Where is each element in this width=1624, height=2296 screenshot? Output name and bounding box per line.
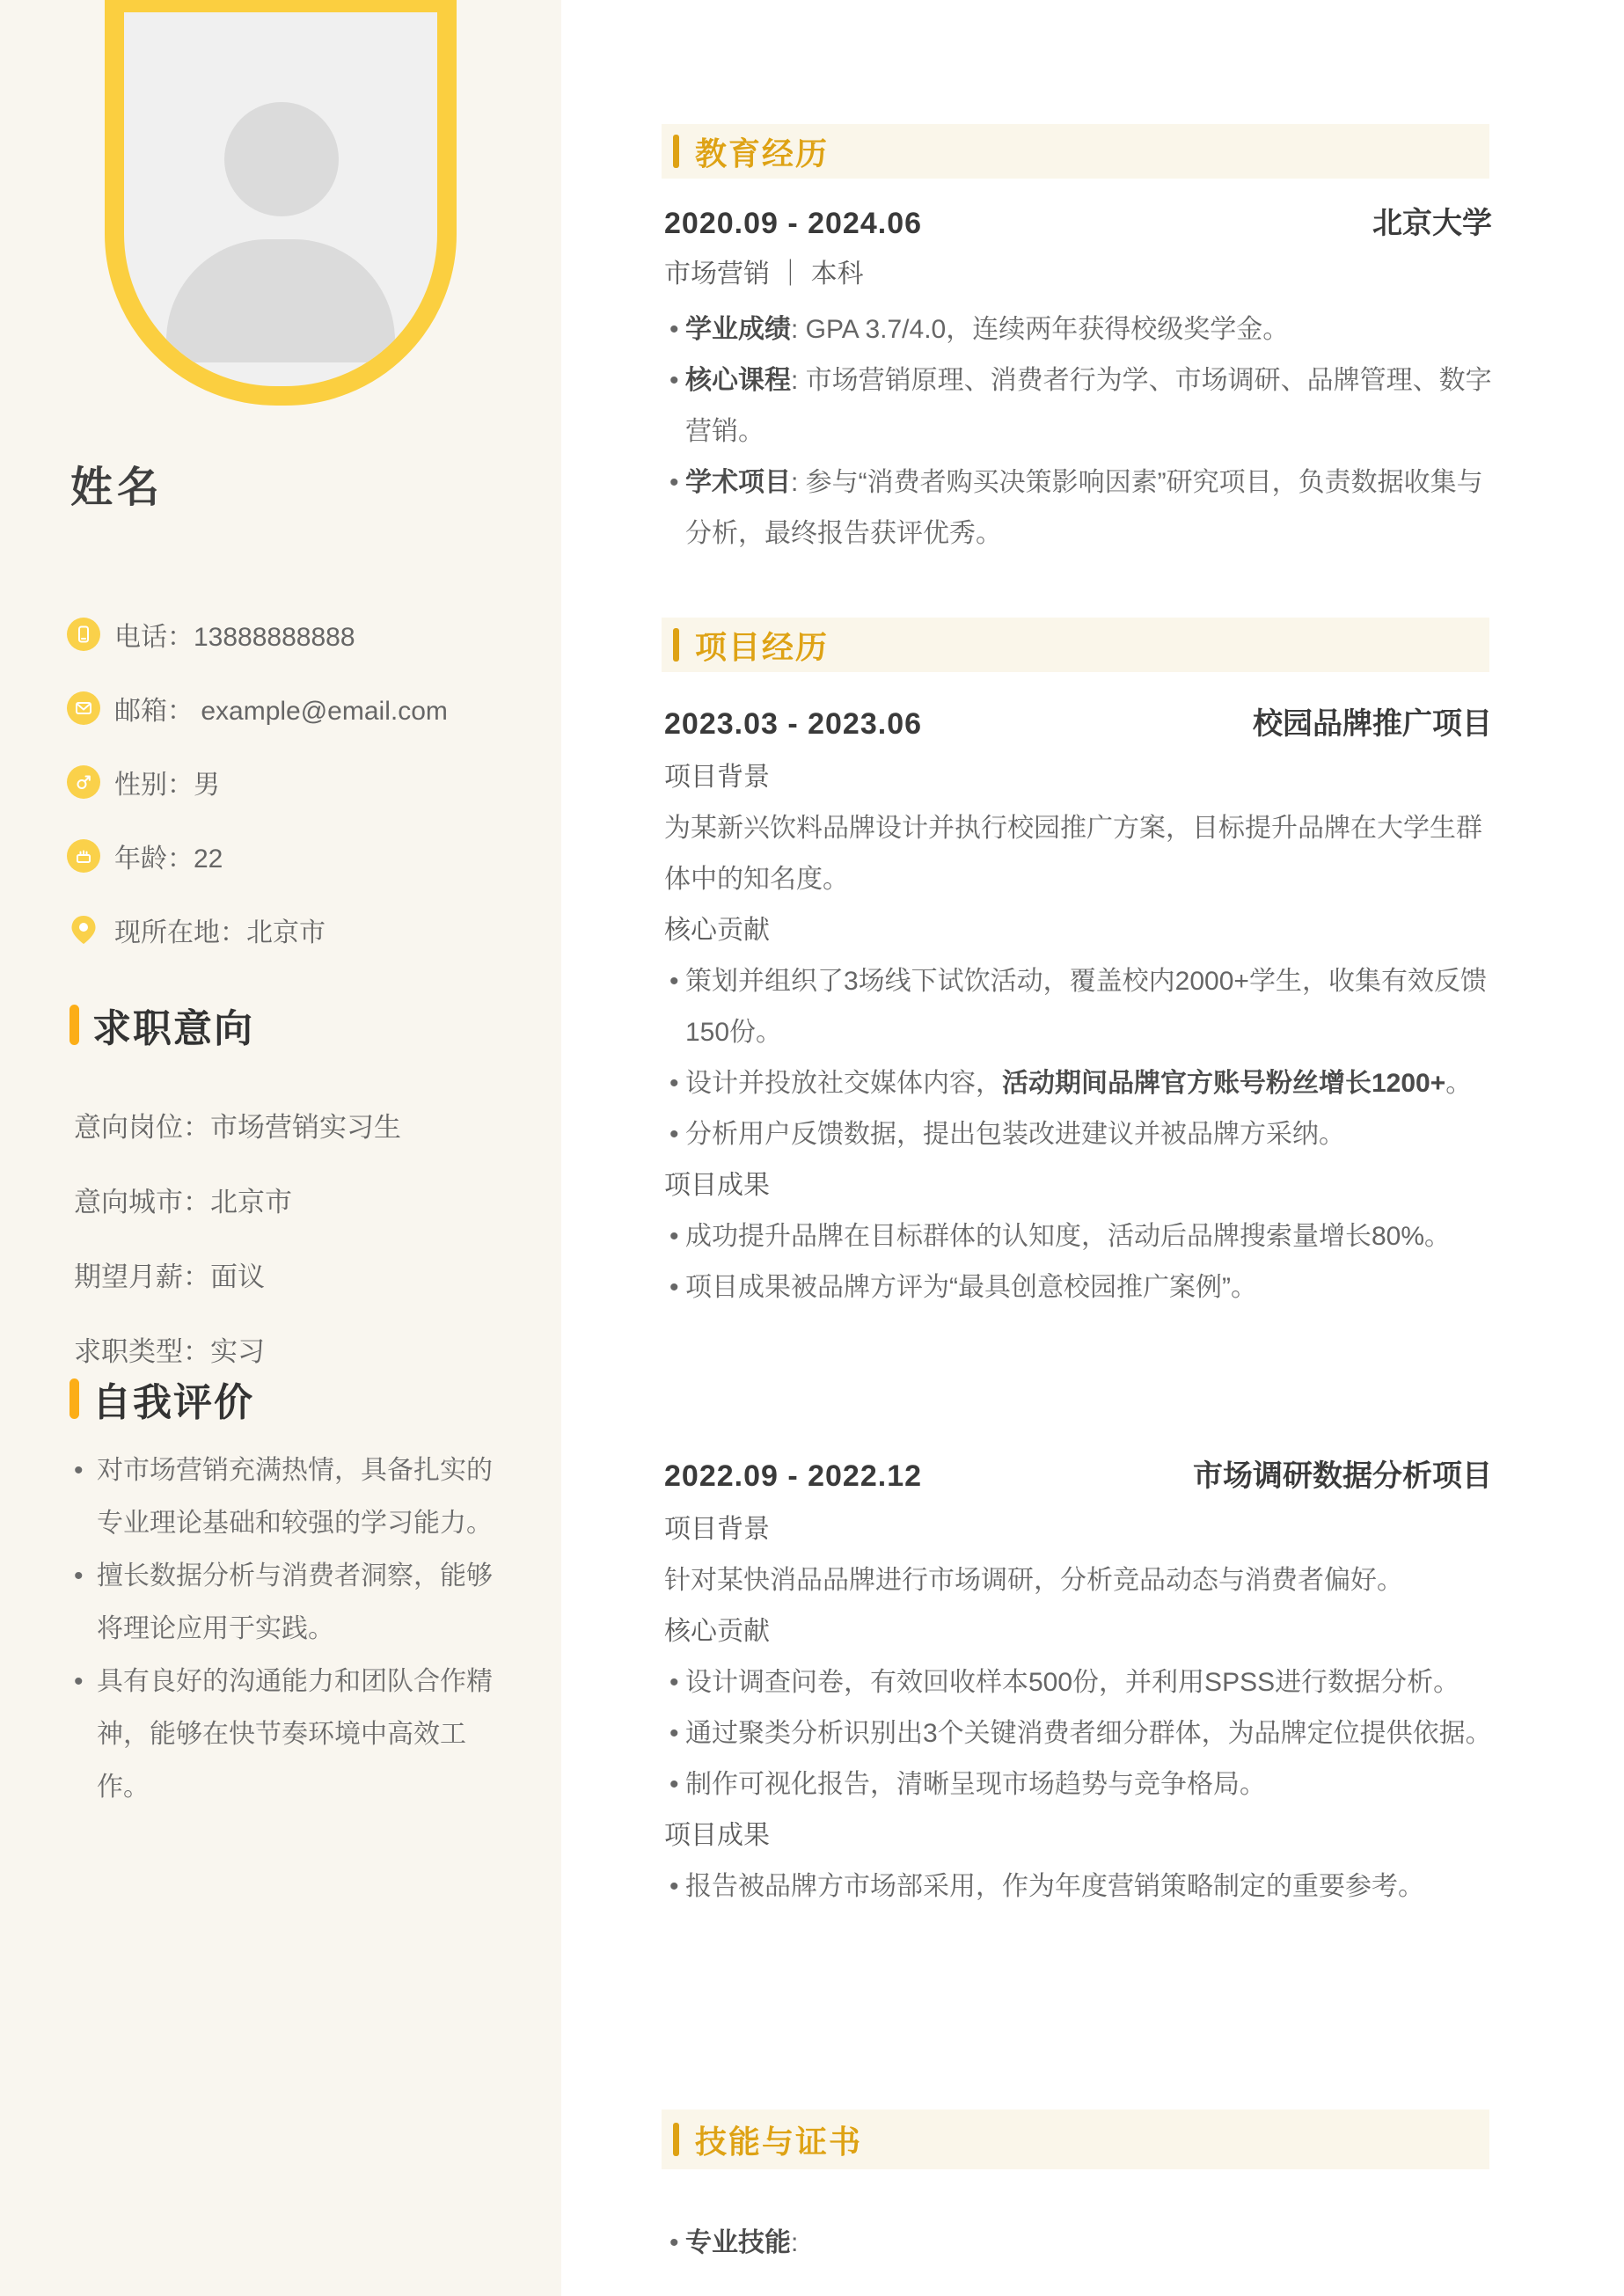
education-title: 教育经历 [695,129,829,174]
job-intent-list: 意向岗位：市场营销实习生意向城市：北京市期望月薪：面议求职类型：实习 [74,1105,401,1404]
bullet-item: •核心课程: 市场营销原理、消费者行为学、市场调研、品牌管理、数字营销。 [664,355,1492,457]
education-entry-head: 2020.09 - 2024.06 北京大学 [664,199,1492,234]
job-intent-item: 求职类型：实习 [74,1329,401,1357]
project-subheading: 项目成果 [664,1810,1492,1861]
education-major-degree: 市场营销 ｜ 本科 [664,252,1492,285]
bullet-bold-text: 学业成绩 [685,315,791,344]
bullet-bold-text: 专业技能 [685,2228,791,2257]
projects-title: 项目经历 [695,623,829,668]
project-entry-head: 2023.03 - 2023.06校园品牌推广项目 [664,699,1492,735]
bullet-item: •制作可视化报告，清晰呈现市场趋势与竞争格局。 [664,1759,1492,1810]
self-eval-bullet: •对市场营销充满热情，具备扎实的专业理论基础和较强的学习能力。 [74,1444,501,1550]
mail-icon [67,691,100,725]
education-section-header: 教育经历 [662,124,1489,179]
self-eval-bullet-text: 具有良好的沟通能力和团队合作精神，能够在快节奏环境中高效工作。 [97,1656,501,1814]
project-paragraph: 针对某快消品品牌进行市场调研，分析竞品动态与消费者偏好。 [664,1555,1492,1606]
bullet-dot: • [664,956,685,1058]
job-intent-item: 意向岗位：市场营销实习生 [74,1105,401,1133]
bullet-text: 项目成果被品牌方评为“最具创意校园推广案例”。 [685,1273,1257,1302]
contact-label: 年龄：22 [114,837,223,875]
self-eval-title: 自我评价 [92,1371,254,1427]
bullet-text: 报告被品牌方市场部采用，作为年度营销策略制定的重要参考。 [685,1872,1424,1901]
job-intent-item: 期望月薪：面议 [74,1254,401,1283]
project-subheading: 项目背景 [664,752,1492,803]
project-body: 项目背景针对某快消品品牌进行市场调研，分析竞品动态与消费者偏好。核心贡献•设计调… [664,1504,1492,1912]
contact-row: 电话：13888888888 [67,618,448,651]
bullet-dot: • [664,457,685,559]
contact-label: 现所在地：北京市 [114,910,326,949]
bullet-text: : [791,2228,798,2257]
self-eval-bullet-text: 对市场营销充满热情，具备扎实的专业理论基础和较强的学习能力。 [97,1444,501,1550]
project-bullet-text: 制作可视化报告，清晰呈现市场趋势与竞争格局。 [685,1759,1492,1810]
section-accent-bar [673,628,679,662]
phone-icon [67,618,100,651]
project-name: 校园品牌推广项目 [1253,699,1492,742]
contact-list: 电话：13888888888邮箱： example@email.com性别：男年… [67,618,448,987]
education-period: 2020.09 - 2024.06 [664,207,922,241]
project-name: 市场调研数据分析项目 [1193,1451,1492,1495]
bullet-dot: • [664,1211,685,1262]
bullet-text: 通过聚类分析识别出3个关键消费者细分群体，为品牌定位提供依据。 [685,1719,1492,1748]
skills-bullet-text: 专业技能: [685,2220,1492,2266]
section-accent-bar [69,1378,79,1419]
project-entry: 2023.03 - 2023.06校园品牌推广项目项目背景为某新兴饮料品牌设计并… [664,699,1492,1313]
bullet-item: •学业成绩: GPA 3.7/4.0，连续两年获得校级奖学金。 [664,304,1492,355]
bullet-text: 。 [1445,1069,1472,1098]
section-accent-bar [673,135,679,168]
contact-row: 邮箱： example@email.com [67,691,448,725]
project-bullet-list: •设计调查问卷，有效回收样本500份，并利用SPSS进行数据分析。•通过聚类分析… [664,1657,1492,1810]
bullet-text: 设计并投放社交媒体内容， [685,1069,1002,1098]
project-bullet-list: •成功提升品牌在目标群体的认知度，活动后品牌搜索量增长80%。•项目成果被品牌方… [664,1211,1492,1313]
bullet-text: : 市场营销原理、消费者行为学、市场调研、品牌管理、数字营销。 [685,366,1492,446]
self-eval-bullet: •擅长数据分析与消费者洞察，能够将理论应用于实践。 [74,1550,501,1656]
contact-row: 现所在地：北京市 [67,913,448,947]
bullet-item: •设计调查问卷，有效回收样本500份，并利用SPSS进行数据分析。 [664,1657,1492,1708]
project-period: 2022.09 - 2022.12 [664,1459,922,1494]
project-subheading: 项目成果 [664,1160,1492,1211]
job-intent-title: 求职意向 [92,997,254,1053]
sidebar: 姓名 电话：13888888888邮箱： example@email.com性别… [0,0,561,2296]
bullet-bold-text: 学术项目 [685,468,791,497]
section-accent-bar [69,1005,79,1045]
skills-entry: •专业技能: [664,2201,1492,2266]
project-entry-head: 2022.09 - 2022.12市场调研数据分析项目 [664,1451,1492,1487]
contact-label: 性别：男 [114,763,220,801]
project-bullet-text: 报告被品牌方市场部采用，作为年度营销策略制定的重要参考。 [685,1861,1492,1912]
project-bullet-text: 成功提升品牌在目标群体的认知度，活动后品牌搜索量增长80%。 [685,1211,1492,1262]
project-subheading: 核心贡献 [664,905,1492,956]
person-silhouette-icon [224,102,339,216]
bullet-dot: • [74,1656,97,1814]
project-bullet-text: 通过聚类分析识别出3个关键消费者细分群体，为品牌定位提供依据。 [685,1708,1492,1759]
age-icon [67,839,100,873]
bullet-dot: • [664,355,685,457]
bullet-dot: • [664,2220,685,2266]
bullet-dot: • [664,1861,685,1912]
bullet-bold-text: 核心课程 [685,366,791,395]
education-bullet-text: 学业成绩: GPA 3.7/4.0，连续两年获得校级奖学金。 [685,304,1492,355]
section-accent-bar [673,2123,679,2156]
bullet-item: •项目成果被品牌方评为“最具创意校园推广案例”。 [664,1262,1492,1313]
project-bullet-text: 分析用户反馈数据，提出包装改进建议并被品牌方采纳。 [685,1109,1492,1160]
project-bullet-list: •报告被品牌方市场部采用，作为年度营销策略制定的重要参考。 [664,1861,1492,1912]
bullet-dot: • [664,1759,685,1810]
education-bullet-text: 学术项目: 参与“消费者购买决策影响因素”研究项目，负责数据收集与分析，最终报告… [685,457,1492,559]
bullet-item: •策划并组织了3场线下试饮活动，覆盖校内2000+学生，收集有效反馈150份。 [664,956,1492,1058]
bullet-item: •成功提升品牌在目标群体的认知度，活动后品牌搜索量增长80%。 [664,1211,1492,1262]
skills-title: 技能与证书 [695,2117,862,2162]
projects-section-header: 项目经历 [662,618,1489,672]
skills-bullet-list: •专业技能: [664,2220,1492,2266]
bullet-text: 制作可视化报告，清晰呈现市场趋势与竞争格局。 [685,1770,1266,1799]
project-period: 2023.03 - 2023.06 [664,707,922,742]
job-intent-section-header: 求职意向 [69,997,254,1053]
bullet-item: •学术项目: 参与“消费者购买决策影响因素”研究项目，负责数据收集与分析，最终报… [664,457,1492,559]
bullet-dot: • [664,1657,685,1708]
education-school: 北京大学 [1372,199,1492,242]
bullet-text: : 参与“消费者购买决策影响因素”研究项目，负责数据收集与分析，最终报告获评优秀… [685,468,1483,548]
bullet-text: 成功提升品牌在目标群体的认知度，活动后品牌搜索量增长80%。 [685,1222,1451,1251]
contact-label: 邮箱： example@email.com [114,689,448,728]
job-intent-item: 意向城市：北京市 [74,1180,401,1208]
project-bullet-list: •策划并组织了3场线下试饮活动，覆盖校内2000+学生，收集有效反馈150份。•… [664,956,1492,1160]
project-subheading: 项目背景 [664,1504,1492,1555]
location-icon [67,913,100,947]
project-body: 项目背景为某新兴饮料品牌设计并执行校园推广方案，目标提升品牌在大学生群体中的知名… [664,752,1492,1313]
contact-row: 年龄：22 [67,839,448,873]
bullet-item: •分析用户反馈数据，提出包装改进建议并被品牌方采纳。 [664,1109,1492,1160]
gender-icon [67,765,100,799]
skills-section-header: 技能与证书 [662,2110,1489,2169]
contact-row: 性别：男 [67,765,448,799]
bullet-dot: • [74,1444,97,1550]
bullet-dot: • [664,1708,685,1759]
bullet-text: : GPA 3.7/4.0，连续两年获得校级奖学金。 [791,315,1289,344]
self-eval-list: •对市场营销充满热情，具备扎实的专业理论基础和较强的学习能力。•擅长数据分析与消… [74,1444,501,1814]
self-eval-section-header: 自我评价 [69,1371,254,1427]
bullet-dot: • [74,1550,97,1656]
bullet-item: •专业技能: [664,2220,1492,2266]
contact-label: 电话：13888888888 [114,615,355,654]
bullet-item: •设计并投放社交媒体内容，活动期间品牌官方账号粉丝增长1200+。 [664,1058,1492,1109]
profile-photo-placeholder [105,0,457,406]
project-entry: 2022.09 - 2022.12市场调研数据分析项目项目背景针对某快消品品牌进… [664,1451,1492,1912]
bullet-dot: • [664,304,685,355]
project-paragraph: 为某新兴饮料品牌设计并执行校园推广方案，目标提升品牌在大学生群体中的知名度。 [664,803,1492,905]
bullet-dot: • [664,1058,685,1109]
project-bullet-text: 策划并组织了3场线下试饮活动，覆盖校内2000+学生，收集有效反馈150份。 [685,956,1492,1058]
bullet-dot: • [664,1262,685,1313]
education-bullet-list: •学业成绩: GPA 3.7/4.0，连续两年获得校级奖学金。•核心课程: 市场… [664,304,1492,559]
resume-main-column: 教育经历 2020.09 - 2024.06 北京大学 市场营销 ｜ 本科 •学… [561,0,1624,2296]
project-bullet-text: 设计并投放社交媒体内容，活动期间品牌官方账号粉丝增长1200+。 [685,1058,1492,1109]
candidate-name: 姓名 [70,453,164,514]
project-subheading: 核心贡献 [664,1606,1492,1657]
bullet-text: 分析用户反馈数据，提出包装改进建议并被品牌方采纳。 [685,1120,1345,1149]
bullet-item: •报告被品牌方市场部采用，作为年度营销策略制定的重要参考。 [664,1861,1492,1912]
bullet-bold-text: 活动期间品牌官方账号粉丝增长1200+ [1002,1069,1445,1098]
education-entry: 2020.09 - 2024.06 北京大学 市场营销 ｜ 本科 •学业成绩: … [664,199,1492,559]
project-bullet-text: 设计调查问卷，有效回收样本500份，并利用SPSS进行数据分析。 [685,1657,1492,1708]
education-bullet-text: 核心课程: 市场营销原理、消费者行为学、市场调研、品牌管理、数字营销。 [685,355,1492,457]
self-eval-bullet: •具有良好的沟通能力和团队合作精神，能够在快节奏环境中高效工作。 [74,1656,501,1814]
bullet-text: 策划并组织了3场线下试饮活动，覆盖校内2000+学生，收集有效反馈150份。 [685,967,1487,1047]
bullet-item: •通过聚类分析识别出3个关键消费者细分群体，为品牌定位提供依据。 [664,1708,1492,1759]
bullet-dot: • [664,1109,685,1160]
self-eval-bullet-text: 擅长数据分析与消费者洞察，能够将理论应用于实践。 [97,1550,501,1656]
person-silhouette-shoulders [166,239,395,362]
bullet-text: 设计调查问卷，有效回收样本500份，并利用SPSS进行数据分析。 [685,1668,1459,1697]
project-bullet-text: 项目成果被品牌方评为“最具创意校园推广案例”。 [685,1262,1492,1313]
